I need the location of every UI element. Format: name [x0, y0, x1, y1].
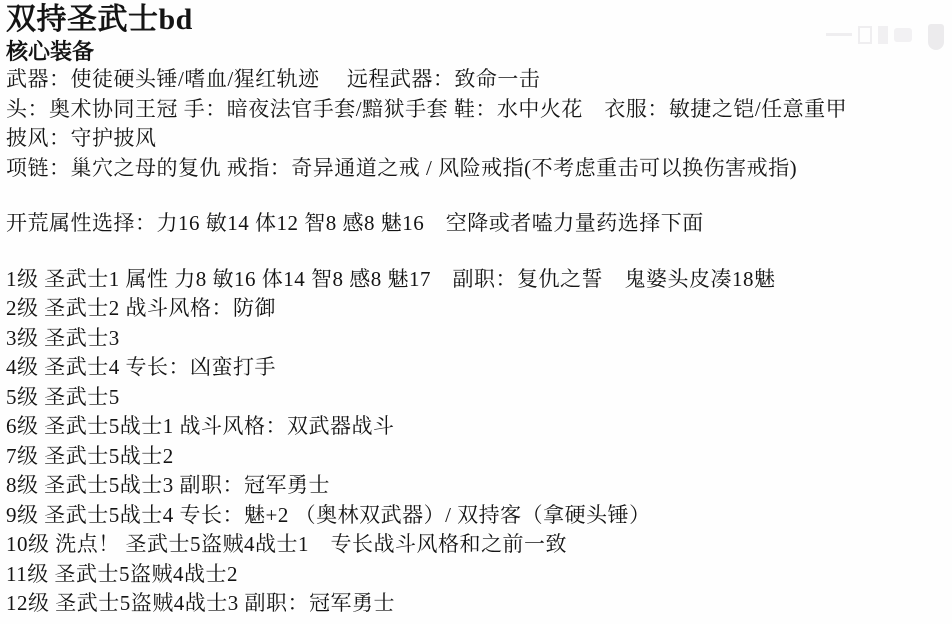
starting-stats-line: 开荒属性选择：力16 敏14 体12 智8 感8 魅16 空降或者嗑力量药选择下… — [6, 209, 950, 239]
level-line-8: 8级 圣武士5战士3 副职：冠军勇士 — [6, 471, 950, 501]
level-line-2: 2级 圣武士2 战斗风格：防御 — [6, 294, 950, 324]
equipment-line-weapons: 武器：使徒硬头锤/嗜血/猩红轨迹 远程武器：致命一击 — [6, 65, 950, 95]
level-line-9: 9级 圣武士5战士4 专长：魅+2 （奥林双武器）/ 双持客（拿硬头锤） — [6, 501, 950, 531]
equipment-line-cloak: 披风：守护披风 — [6, 124, 950, 154]
document-page: 双持圣武士bd 核心装备 武器：使徒硬头锤/嗜血/猩红轨迹 远程武器：致命一击 … — [6, 2, 950, 619]
level-line-11: 11级 圣武士5盗贼4战士2 — [6, 560, 950, 590]
level-line-3: 3级 圣武士3 — [6, 324, 950, 354]
level-line-4: 4级 圣武士4 专长：凶蛮打手 — [6, 353, 950, 383]
equipment-line-armor: 头：奥术协同王冠 手：暗夜法官手套/黯狱手套 鞋：水中火花 衣服：敏捷之铠/任意… — [6, 95, 950, 125]
equipment-heading: 核心装备 — [6, 38, 950, 65]
page-title: 双持圣武士bd — [6, 2, 950, 38]
equipment-line-accessories: 项链：巢穴之母的复仇 戒指：奇异通道之戒 / 风险戒指(不考虑重击可以换伤害戒指… — [6, 154, 950, 184]
blank-line — [6, 183, 950, 209]
level-line-12: 12级 圣武士5盗贼4战士3 副职：冠军勇士 — [6, 589, 950, 619]
level-line-7: 7级 圣武士5战士2 — [6, 442, 950, 472]
level-line-5: 5级 圣武士5 — [6, 383, 950, 413]
level-line-6: 6级 圣武士5战士1 战斗风格：双武器战斗 — [6, 412, 950, 442]
blank-line — [6, 239, 950, 265]
level-line-10: 10级 洗点！ 圣武士5盗贼4战士1 专长战斗风格和之前一致 — [6, 530, 950, 560]
level-line-1: 1级 圣武士1 属性 力8 敏16 体14 智8 感8 魅17 副职：复仇之誓 … — [6, 265, 950, 295]
